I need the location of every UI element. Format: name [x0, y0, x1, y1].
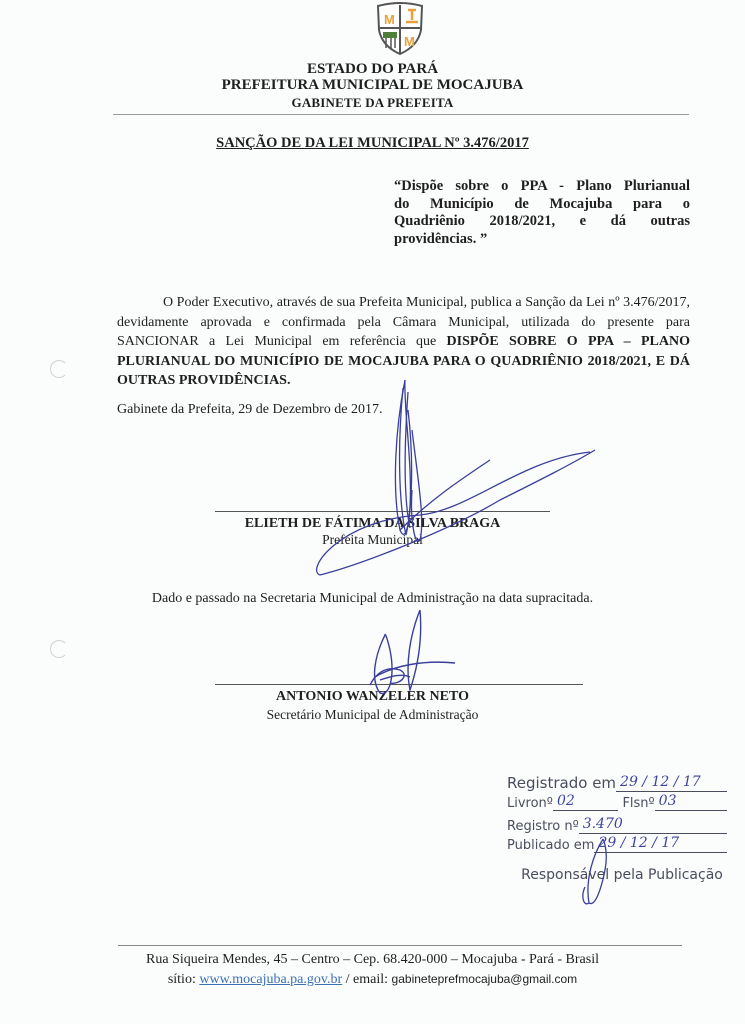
svg-text:M: M: [384, 12, 395, 27]
law-summary-line: Quadriênio 2018/2021, e dá outras: [394, 213, 690, 231]
book-number-value: 02: [553, 794, 619, 811]
header-office: GABINETE DA PREFEITA: [0, 95, 745, 111]
given-statement: Dado e passado na Secretaria Municipal d…: [0, 591, 745, 607]
document-title: SANÇÃO DE DA LEI MUNICIPAL Nº 3.476/2017: [0, 135, 745, 152]
book-number-label: Livronº: [507, 796, 553, 811]
registration-stamp: Registrado em 29 / 12 / 17 Livronº 02 Fl…: [507, 773, 727, 883]
footer-contact: sítio: www.mocajuba.pa.gov.br / email: g…: [0, 972, 745, 988]
publication-responsible-label: Responsável pela Publicação: [507, 867, 727, 883]
published-on-value: 29 / 12 / 17: [594, 836, 727, 853]
municipal-coat-of-arms-icon: M M: [374, 2, 426, 56]
punch-hole-mark: [50, 640, 68, 658]
footer-divider: [118, 945, 682, 946]
sheet-number-label: Flsnº: [622, 796, 654, 811]
secretary-name: ANTONIO WANZELER NETO: [0, 689, 745, 705]
website-link[interactable]: www.mocajuba.pa.gov.br: [199, 972, 342, 987]
header-prefecture: PREFEITURA MUNICIPAL DE MOCAJUBA: [0, 77, 745, 94]
registry-number-label: Registro nº: [507, 819, 579, 834]
site-label: sítio:: [168, 972, 200, 987]
footer-address: Rua Siqueira Mendes, 45 – Centro – Cep. …: [0, 952, 745, 968]
mayor-name: ELIETH DE FÁTIMA DA SILVA BRAGA: [0, 516, 745, 532]
email-address: gabineteprefmocajuba@gmail.com: [392, 972, 578, 986]
law-summary-line: providências. ”: [394, 231, 487, 247]
mayor-signature-line: [215, 511, 550, 512]
published-on-label: Publicado em: [507, 838, 594, 853]
law-summary-line: “Dispõe sobre o PPA - Plano Plurianual: [394, 178, 690, 196]
secretary-role: Secretário Municipal de Administração: [0, 707, 745, 723]
law-summary: “Dispõe sobre o PPA - Plano Plurianual d…: [394, 178, 690, 248]
email-label: / email:: [342, 972, 391, 987]
svg-text:M: M: [404, 34, 415, 49]
body-paragraph: O Poder Executivo, através de sua Prefei…: [117, 293, 690, 391]
registered-on-value: 29 / 12 / 17: [616, 775, 727, 792]
law-summary-line: do Município de Mocajuba para o: [394, 196, 690, 214]
secretary-signature-line: [215, 684, 583, 685]
place-and-date: Gabinete da Prefeita, 29 de Dezembro de …: [117, 402, 383, 418]
sheet-number-value: 03: [655, 794, 727, 811]
registry-number-value: 3.470: [579, 817, 727, 834]
mayor-role: Prefeita Municipal: [0, 532, 745, 548]
punch-hole-mark: [50, 360, 68, 378]
header-divider: [113, 114, 689, 115]
header-state: ESTADO DO PARÁ: [0, 61, 745, 78]
registered-on-label: Registrado em: [507, 774, 616, 792]
